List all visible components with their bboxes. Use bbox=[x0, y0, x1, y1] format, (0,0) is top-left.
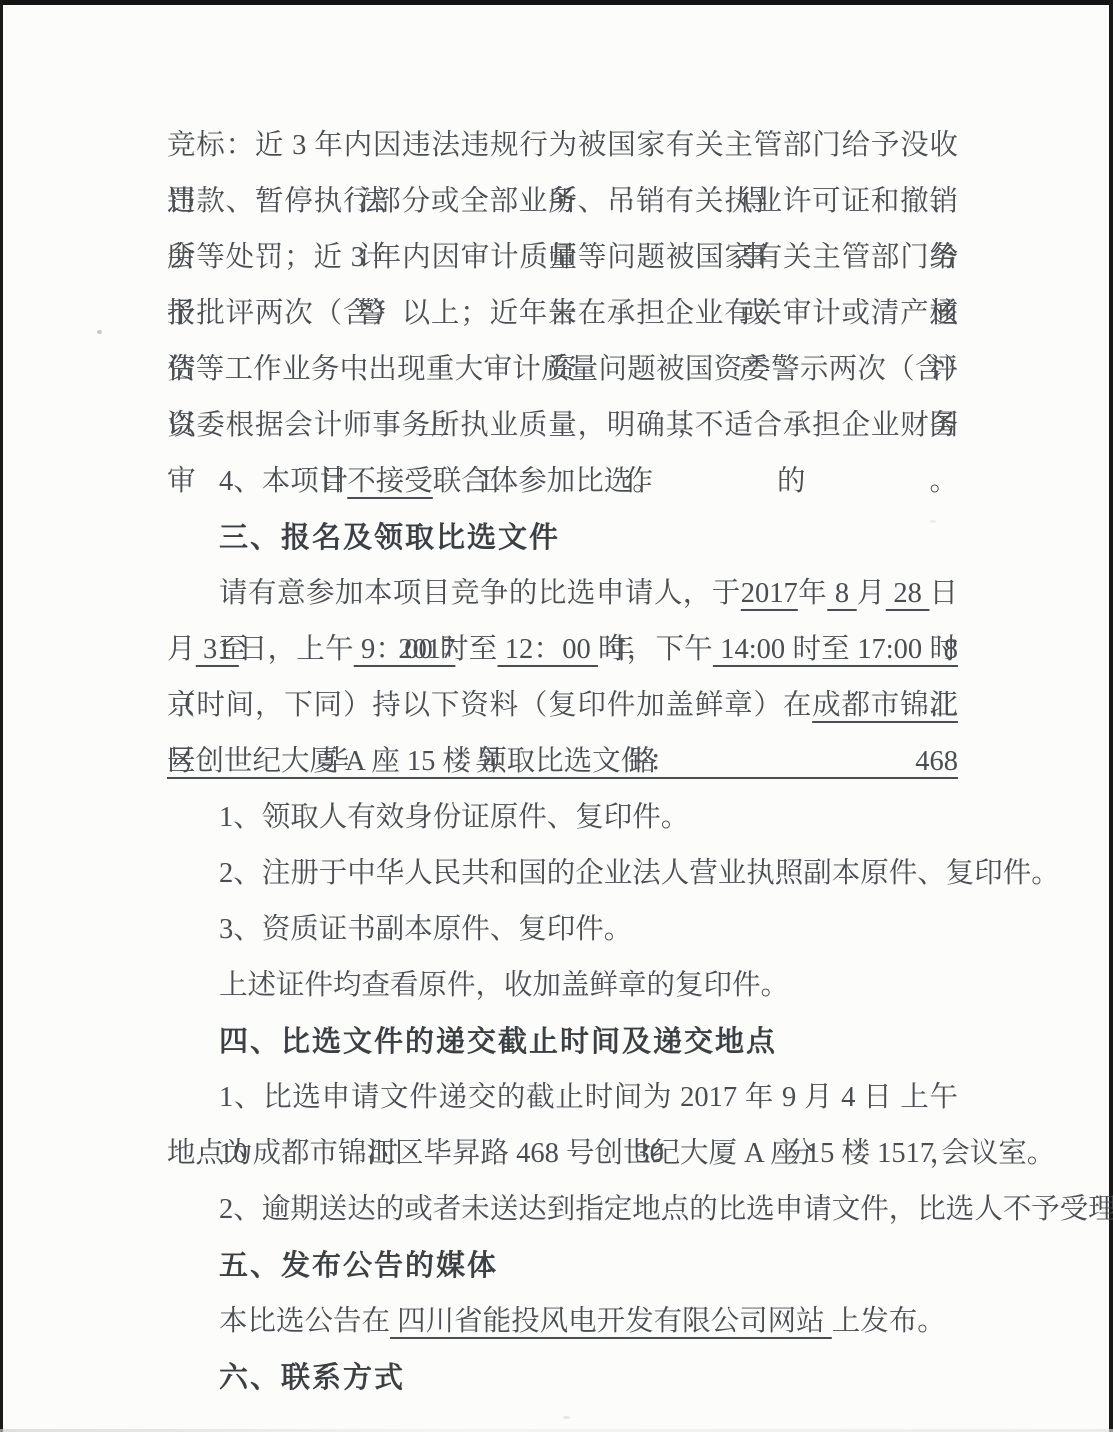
underlined-text: 号创世纪大厦 A 座 15 楼 bbox=[167, 746, 478, 777]
document-line: 所等处罚；近 3 年内因审计质量等问题被国家有关主管部门给予警告或通 bbox=[167, 230, 958, 286]
text-segment: 上发布。 bbox=[832, 1306, 946, 1337]
text-segment: 六、联系方式 bbox=[219, 1362, 405, 1394]
text-segment: 月 bbox=[857, 578, 886, 609]
document-line: 1、领取人有效身份证原件、复印件。 bbox=[167, 790, 958, 846]
scan-edge-top bbox=[0, 0, 1113, 5]
text-segment: 联合体参加比选。 bbox=[433, 466, 661, 497]
text-segment: 3、资质证书副本原件、复印件。 bbox=[219, 914, 632, 945]
document-heading: 六、联系方式 bbox=[167, 1350, 958, 1406]
underlined-text: 14:00 bbox=[713, 634, 793, 665]
text-segment: 时至 bbox=[440, 634, 497, 665]
scanned-document-page: 竞标：近 3 年内因违法违规行为被国家有关主管部门给予没收违法所得、罚款、暂停执… bbox=[0, 0, 1113, 1432]
text-segment: 三、报名及领取比选文件 bbox=[219, 522, 560, 554]
underlined-text: 不接受 bbox=[347, 466, 433, 497]
scan-edge-left bbox=[0, 0, 3, 1432]
text-segment: 本比选公告在 bbox=[219, 1306, 390, 1337]
document-line: 上述证件均查看原件，收加盖鲜章的复印件。 bbox=[167, 958, 958, 1014]
text-segment: 四、比选文件的递交截止时间及递交地点 bbox=[219, 1026, 777, 1058]
underlined-text: 17:00 bbox=[850, 634, 930, 665]
text-segment: 月 bbox=[167, 634, 196, 665]
text-segment: 日，上午 bbox=[239, 634, 354, 665]
underlined-text: 四川省能投风电开发有限公司网站 bbox=[390, 1306, 832, 1337]
text-segment: 时至 bbox=[792, 634, 849, 665]
text-segment: 领取比选文件： bbox=[478, 746, 678, 777]
document-heading: 三、报名及领取比选文件 bbox=[167, 510, 958, 566]
document-line: 请有意参加本项目竞争的比选申请人，于2017年 8 月 28 日至2017年 8 bbox=[167, 566, 958, 622]
text-segment: 4、本项目 bbox=[219, 466, 347, 497]
document-line: 罚款、暂停执行部分或全部业务、吊销有关执业许可证和撤销会计师事务 bbox=[167, 174, 958, 230]
text-segment: 时，下午 bbox=[598, 634, 713, 665]
document-line: 地点为成都市锦江区毕昇路 468 号创世纪大厦 A 座 15 楼 1517 会议… bbox=[167, 1126, 958, 1182]
underlined-text: 8 bbox=[827, 578, 856, 609]
text-segment: 1、领取人有效身份证原件、复印件。 bbox=[219, 802, 689, 833]
text-segment: 地点为成都市锦江区毕昇路 468 号创世纪大厦 A 座 15 楼 1517 会议… bbox=[167, 1138, 1055, 1169]
document-line: 1、比选申请文件递交的截止时间为 2017 年 9 月 4 日 上午 10 时 … bbox=[167, 1070, 958, 1126]
underlined-text: 31 bbox=[196, 634, 239, 665]
document-line: 估等工作业务中出现重大审计质量问题被国资委警示两次（含）以上；国 bbox=[167, 342, 958, 398]
text-segment: 五、发布公告的媒体 bbox=[219, 1250, 498, 1282]
document-line: 本比选公告在 四川省能投风电开发有限公司网站 上发布。 bbox=[167, 1294, 958, 1350]
underlined-text: 2017 bbox=[741, 578, 798, 609]
document-line: 报批评两次（含）以上；近年来在承担企业有关审计或清产核资、资产评 bbox=[167, 286, 958, 342]
underlined-text: 9：00 bbox=[354, 634, 440, 665]
document-line: 2、逾期送达的或者未送达到指定地点的比选申请文件，比选人不予受理。 bbox=[167, 1182, 958, 1238]
underlined-text: 12：00 bbox=[497, 634, 598, 665]
text-segment: 2、注册于中华人民共和国的企业法人营业执照副本原件、复印件。 bbox=[219, 858, 1060, 889]
document-line: 京时间，下同）持以下资料（复印件加盖鲜章）在成都市锦江区毕昇路 468 bbox=[167, 678, 958, 734]
scan-speck bbox=[563, 1416, 570, 1419]
document-heading: 四、比选文件的递交截止时间及递交地点 bbox=[167, 1014, 958, 1070]
text-segment: 上述证件均查看原件，收加盖鲜章的复印件。 bbox=[219, 970, 789, 1001]
scan-speck bbox=[97, 330, 102, 334]
document-line: 2、注册于中华人民共和国的企业法人营业执照副本原件、复印件。 bbox=[167, 846, 958, 902]
document-line: 竞标：近 3 年内因违法违规行为被国家有关主管部门给予没收违法所得、 bbox=[167, 118, 958, 174]
text-segment: 2、逾期送达的或者未送达到指定地点的比选申请文件，比选人不予受理。 bbox=[219, 1194, 1113, 1225]
text-segment: 京时间，下同）持以下资料（复印件加盖鲜章）在 bbox=[167, 690, 812, 721]
text-segment: 请有意参加本项目竞争的比选申请人，于 bbox=[219, 578, 741, 609]
underlined-text: 28 bbox=[886, 578, 930, 609]
document-line: 月 31 日，上午 9：00 时至 12：00 时，下午 14:00 时至 17… bbox=[167, 622, 958, 678]
document-heading: 五、发布公告的媒体 bbox=[167, 1238, 958, 1294]
document-body: 竞标：近 3 年内因违法违规行为被国家有关主管部门给予没收违法所得、罚款、暂停执… bbox=[167, 118, 958, 1406]
document-line: 3、资质证书副本原件、复印件。 bbox=[167, 902, 958, 958]
document-line: 资委根据会计师事务所执业质量，明确其不适合承担企业财务审计工作的。 bbox=[167, 398, 958, 454]
text-segment: 年 bbox=[798, 578, 827, 609]
